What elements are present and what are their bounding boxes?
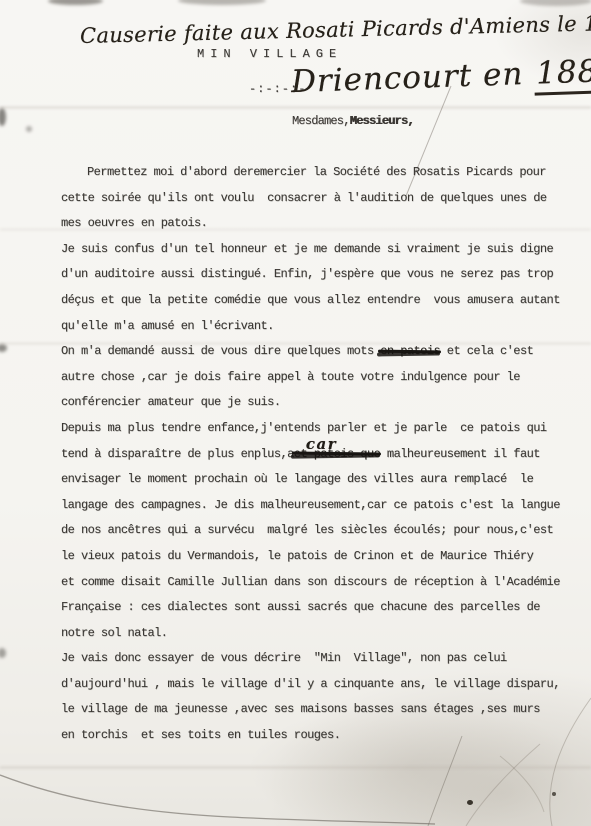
text-line: d'aujourd'hui , mais le village d'il y a… [61, 672, 566, 698]
scan-mark [0, 344, 7, 352]
text-line: Je suis confus d'un tel honneur et je me… [61, 237, 566, 263]
salutation: Mesdames,Messieurs, [292, 114, 414, 128]
typed-text: langage des campagnes. Je dis malheureus… [61, 498, 560, 512]
typed-text: Française : ces dialectes sont aussi sac… [61, 600, 540, 614]
scan-smudge [520, 0, 591, 6]
typed-text: qu'elle m'a amusé en l'écrivant. [61, 319, 274, 333]
text-line: cette soirée qu'ils ont voulu consacrer … [61, 186, 566, 212]
text-line: en torchis et ses toits en tuiles rouges… [61, 723, 566, 749]
typed-text: et comme disait Camille Jullian dans son… [61, 575, 560, 589]
typed-text: Je suis confus d'un tel honneur et je me… [61, 242, 553, 256]
typed-text: et cela c'est [440, 344, 533, 358]
text-line: d'un auditoire aussi distingué. Enfin, j… [61, 262, 566, 288]
text-line: déçus et que la petite comédie que vous … [61, 288, 566, 314]
typed-text: mes oeuvres en patois. [61, 216, 207, 230]
typed-text: Depuis ma plus tendre enfance,j'entends … [61, 421, 547, 435]
handwritten-header: Causerie faite aux Rosati Picards d'Amie… [80, 8, 591, 48]
typed-text: Permettez moi d'abord deremercier la Soc… [87, 165, 546, 179]
text-line: de nos ancêtres qui a survécu malgré les… [61, 518, 566, 544]
scan-mark [26, 126, 32, 132]
ink-speck [552, 792, 556, 796]
subtitle-year-underlined: 1888 [534, 53, 591, 96]
typed-text: conférencier amateur que je suis. [61, 395, 281, 409]
typed-text: de nos ancêtres qui a survécu malgré les… [61, 523, 553, 537]
text-line: Je vais donc essayer de vous décrire "Mi… [61, 646, 566, 672]
typed-text: envisager le moment prochain où le langa… [61, 472, 533, 486]
scan-smudge [178, 0, 266, 5]
scan-band [0, 766, 591, 769]
typed-text: le village de ma jeunesse ,avec ses mais… [61, 702, 540, 716]
typed-text: d'un auditoire aussi distingué. Enfin, j… [61, 267, 553, 281]
typed-text: tend à disparaître de plus enplus,a [61, 447, 294, 461]
typed-text: le vieux patois du Vermandois, le patois… [61, 549, 533, 563]
subtitle-text: Driencourt en [290, 56, 534, 100]
salutation-mesdames: Mesdames, [292, 114, 350, 128]
scan-mark [0, 108, 6, 126]
struck-out-text: et patois quecar [294, 447, 380, 461]
text-line: notre sol natal. [61, 621, 566, 647]
text-line: le village de ma jeunesse ,avec ses mais… [61, 697, 566, 723]
typed-text: déçus et que la petite comédie que vous … [61, 293, 560, 307]
ink-speck [467, 800, 473, 805]
struck-out-text: en patois [380, 344, 440, 358]
text-line: tend à disparaître de plus enplus,aet pa… [61, 442, 566, 468]
typed-text: cette soirée qu'ils ont voulu consacrer … [61, 191, 547, 205]
text-line: le vieux patois du Vermandois, le patois… [61, 544, 566, 570]
typed-text: malheureusement il faut [380, 447, 540, 461]
text-line: Permettez moi d'abord deremercier la Soc… [61, 160, 566, 186]
document-body: Permettez moi d'abord deremercier la Soc… [61, 160, 566, 749]
scanned-document-page: Causerie faite aux Rosati Picards d'Amie… [0, 0, 591, 826]
scan-smudge [48, 0, 103, 5]
typed-text: On m'a demandé aussi de vous dire quelqu… [61, 344, 380, 358]
typed-title: MIN VILLAGE [197, 47, 342, 61]
handwritten-correction: car [306, 432, 337, 458]
typed-text: en torchis et ses toits en tuiles rouges… [61, 728, 340, 742]
scan-band [0, 106, 591, 109]
typed-text: Je vais donc essayer de vous décrire "Mi… [61, 651, 507, 665]
typed-text: notre sol natal. [61, 626, 167, 640]
typed-text: d'aujourd'hui , mais le village d'il y a… [61, 677, 560, 691]
scan-mark [0, 648, 6, 658]
text-line: qu'elle m'a amusé en l'écrivant. [61, 314, 566, 340]
text-line: langage des campagnes. Je dis malheureus… [61, 493, 566, 519]
text-line: On m'a demandé aussi de vous dire quelqu… [61, 339, 566, 365]
text-line: envisager le moment prochain où le langa… [61, 467, 566, 493]
text-line: conférencier amateur que je suis. [61, 390, 566, 416]
salutation-messieurs: Messieurs, [350, 114, 414, 128]
typed-text: autre chose ,car je dois faire appel à t… [61, 370, 520, 384]
text-line: mes oeuvres en patois. [61, 211, 566, 237]
text-line: autre chose ,car je dois faire appel à t… [61, 365, 566, 391]
text-line: Française : ces dialectes sont aussi sac… [61, 595, 566, 621]
text-line: et comme disait Camille Jullian dans son… [61, 570, 566, 596]
